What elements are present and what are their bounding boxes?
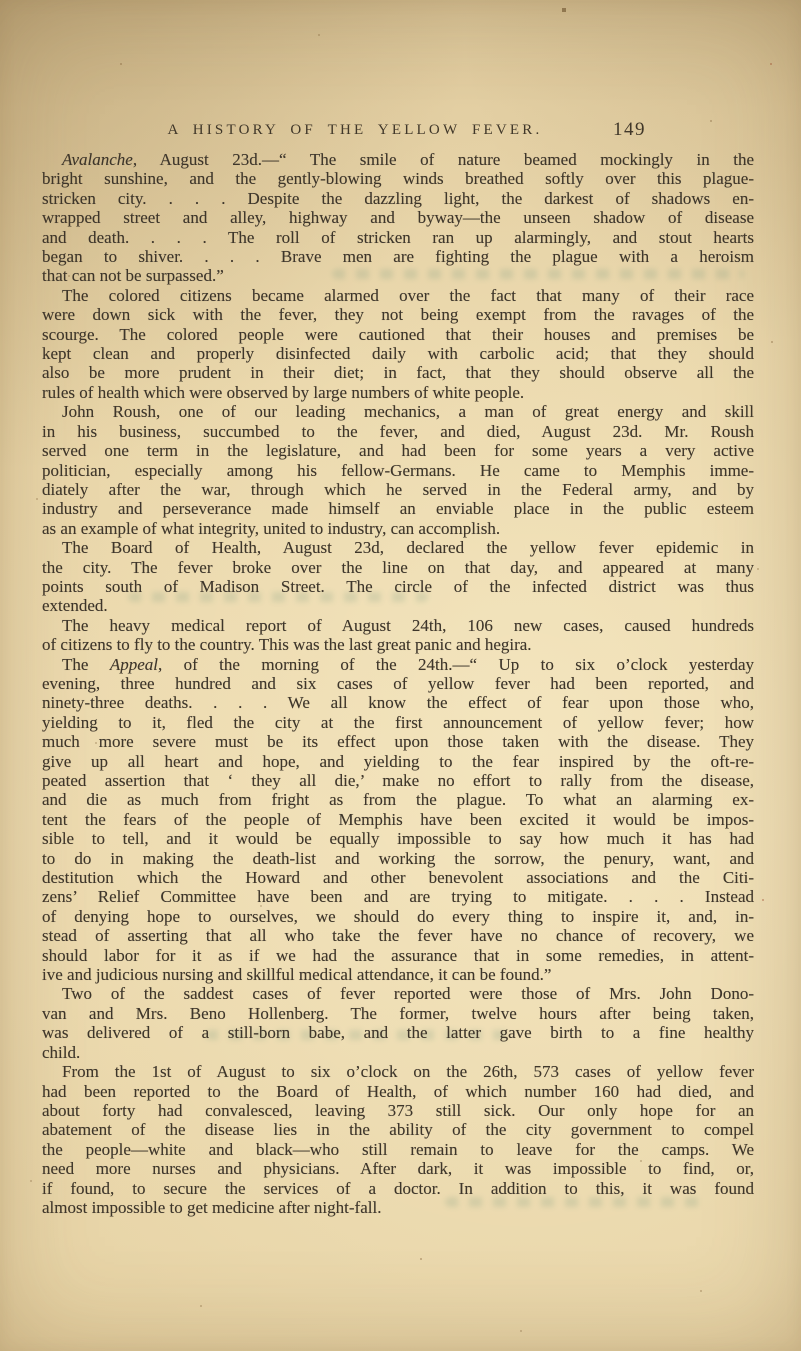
text-line: need more nurses and physicians. After d…	[42, 1159, 754, 1178]
paragraph: John Roush, one of our leading mechanics…	[42, 402, 754, 538]
text-line: sible to tell, and it would be equally i…	[42, 829, 754, 848]
text-line: to do in making the death-list and worki…	[42, 849, 754, 868]
text-line: diately after the war, through which he …	[42, 480, 754, 499]
text-line: The colored citizens became alarmed over…	[42, 286, 754, 305]
paragraph: The Board of Health, August 23d, declare…	[42, 538, 754, 616]
paragraph: From the 1st of August to six o’clock on…	[42, 1062, 754, 1217]
text-line: was delivered of a still-born babe, and …	[42, 1023, 754, 1042]
text-line: tent the fears of the people of Memphis …	[42, 810, 754, 829]
text-line: points south of Madison Street. The circ…	[42, 577, 754, 596]
text-line: and death. . . . The roll of stricken ra…	[42, 228, 754, 247]
text-line: almost impossible to get medicine after …	[42, 1198, 754, 1217]
page-number: 149	[613, 119, 646, 141]
text-line: extended.	[42, 596, 754, 615]
text-line: and die as much from fright as from the …	[42, 790, 754, 809]
text-line: evening, three hundred and six cases of …	[42, 674, 754, 693]
text-line: bright sunshine, and the gently-blowing …	[42, 169, 754, 188]
text-line: also be more prudent in their diet; in f…	[42, 363, 754, 382]
text-line: in his business, succumbed to the fever,…	[42, 422, 754, 441]
text-line: rules of health which were observed by l…	[42, 383, 754, 402]
text-line: about forty had convalesced, leaving 373…	[42, 1101, 754, 1120]
paragraph: The heavy medical report of August 24th,…	[42, 616, 754, 655]
paragraph: Two of the saddest cases of fever report…	[42, 984, 754, 1062]
text-line: kept clean and properly disinfected dail…	[42, 344, 754, 363]
book-page: A HISTORY OF THE YELLOW FEVER. 149 Avala…	[0, 0, 801, 1351]
paper-speckles	[0, 0, 2, 2]
text-line: the people—white and black—who still rem…	[42, 1140, 754, 1159]
text-line: wrapped street and alley, highway and by…	[42, 208, 754, 227]
text-line: if found, to secure the services of a do…	[42, 1179, 754, 1198]
text-line: ninety-three deaths. . . . We all know t…	[42, 693, 754, 712]
text-line: van and Mrs. Beno Hollenberg. The former…	[42, 1004, 754, 1023]
text-line: Avalanche, August 23d.—“ The smile of na…	[42, 150, 754, 169]
text-line: of denying hope to ourselves, we should …	[42, 907, 754, 926]
page-header: A HISTORY OF THE YELLOW FEVER. 149	[42, 122, 754, 146]
running-title: A HISTORY OF THE YELLOW FEVER.	[168, 122, 543, 139]
text-line: The Appeal, of the morning of the 24th.—…	[42, 655, 754, 674]
text-line: of citizens to fly to the country. This …	[42, 635, 754, 654]
text-line: were down sick with the fever, they not …	[42, 305, 754, 324]
text-line: stead of asserting that all who take the…	[42, 926, 754, 945]
text-line: politician, especially among his fellow-…	[42, 461, 754, 480]
text-line: had been reported to the Board of Health…	[42, 1082, 754, 1101]
text-line: industry and perseverance made himself a…	[42, 499, 754, 518]
page-body: Avalanche, August 23d.—“ The smile of na…	[42, 150, 754, 1217]
text-line: peated assertion that ‘ they all die,’ m…	[42, 771, 754, 790]
text-line: zens’ Relief Committee have been and are…	[42, 887, 754, 906]
paragraph: The colored citizens became alarmed over…	[42, 286, 754, 402]
text-line: Two of the saddest cases of fever report…	[42, 984, 754, 1003]
text-line: ive and judicious nursing and skillful m…	[42, 965, 754, 984]
text-line: stricken city. . . . Despite the dazzlin…	[42, 189, 754, 208]
paragraph: The Appeal, of the morning of the 24th.—…	[42, 655, 754, 985]
text-line: From the 1st of August to six o’clock on…	[42, 1062, 754, 1081]
text-line: the city. The fever broke over the line …	[42, 558, 754, 577]
text-line: much more severe must be its effect upon…	[42, 732, 754, 751]
text-line: abatement of the disease lies in the abi…	[42, 1120, 754, 1139]
text-line: should labor for it as if we had the ass…	[42, 946, 754, 965]
text-line: began to shiver. . . . Brave men are fig…	[42, 247, 754, 266]
text-line: child.	[42, 1043, 754, 1062]
paragraph: Avalanche, August 23d.—“ The smile of na…	[42, 150, 754, 286]
text-line: destitution which the Howard and other b…	[42, 868, 754, 887]
text-line: The heavy medical report of August 24th,…	[42, 616, 754, 635]
text-line: yielding to it, fled the city at the fir…	[42, 713, 754, 732]
text-line: scourge. The colored people were caution…	[42, 325, 754, 344]
text-line: John Roush, one of our leading mechanics…	[42, 402, 754, 421]
text-line: as an example of what integrity, united …	[42, 519, 754, 538]
text-line: that can not be surpassed.”	[42, 266, 754, 285]
text-line: give up all heart and hope, and yielding…	[42, 752, 754, 771]
text-line: The Board of Health, August 23d, declare…	[42, 538, 754, 557]
text-line: served one term in the legislature, and …	[42, 441, 754, 460]
